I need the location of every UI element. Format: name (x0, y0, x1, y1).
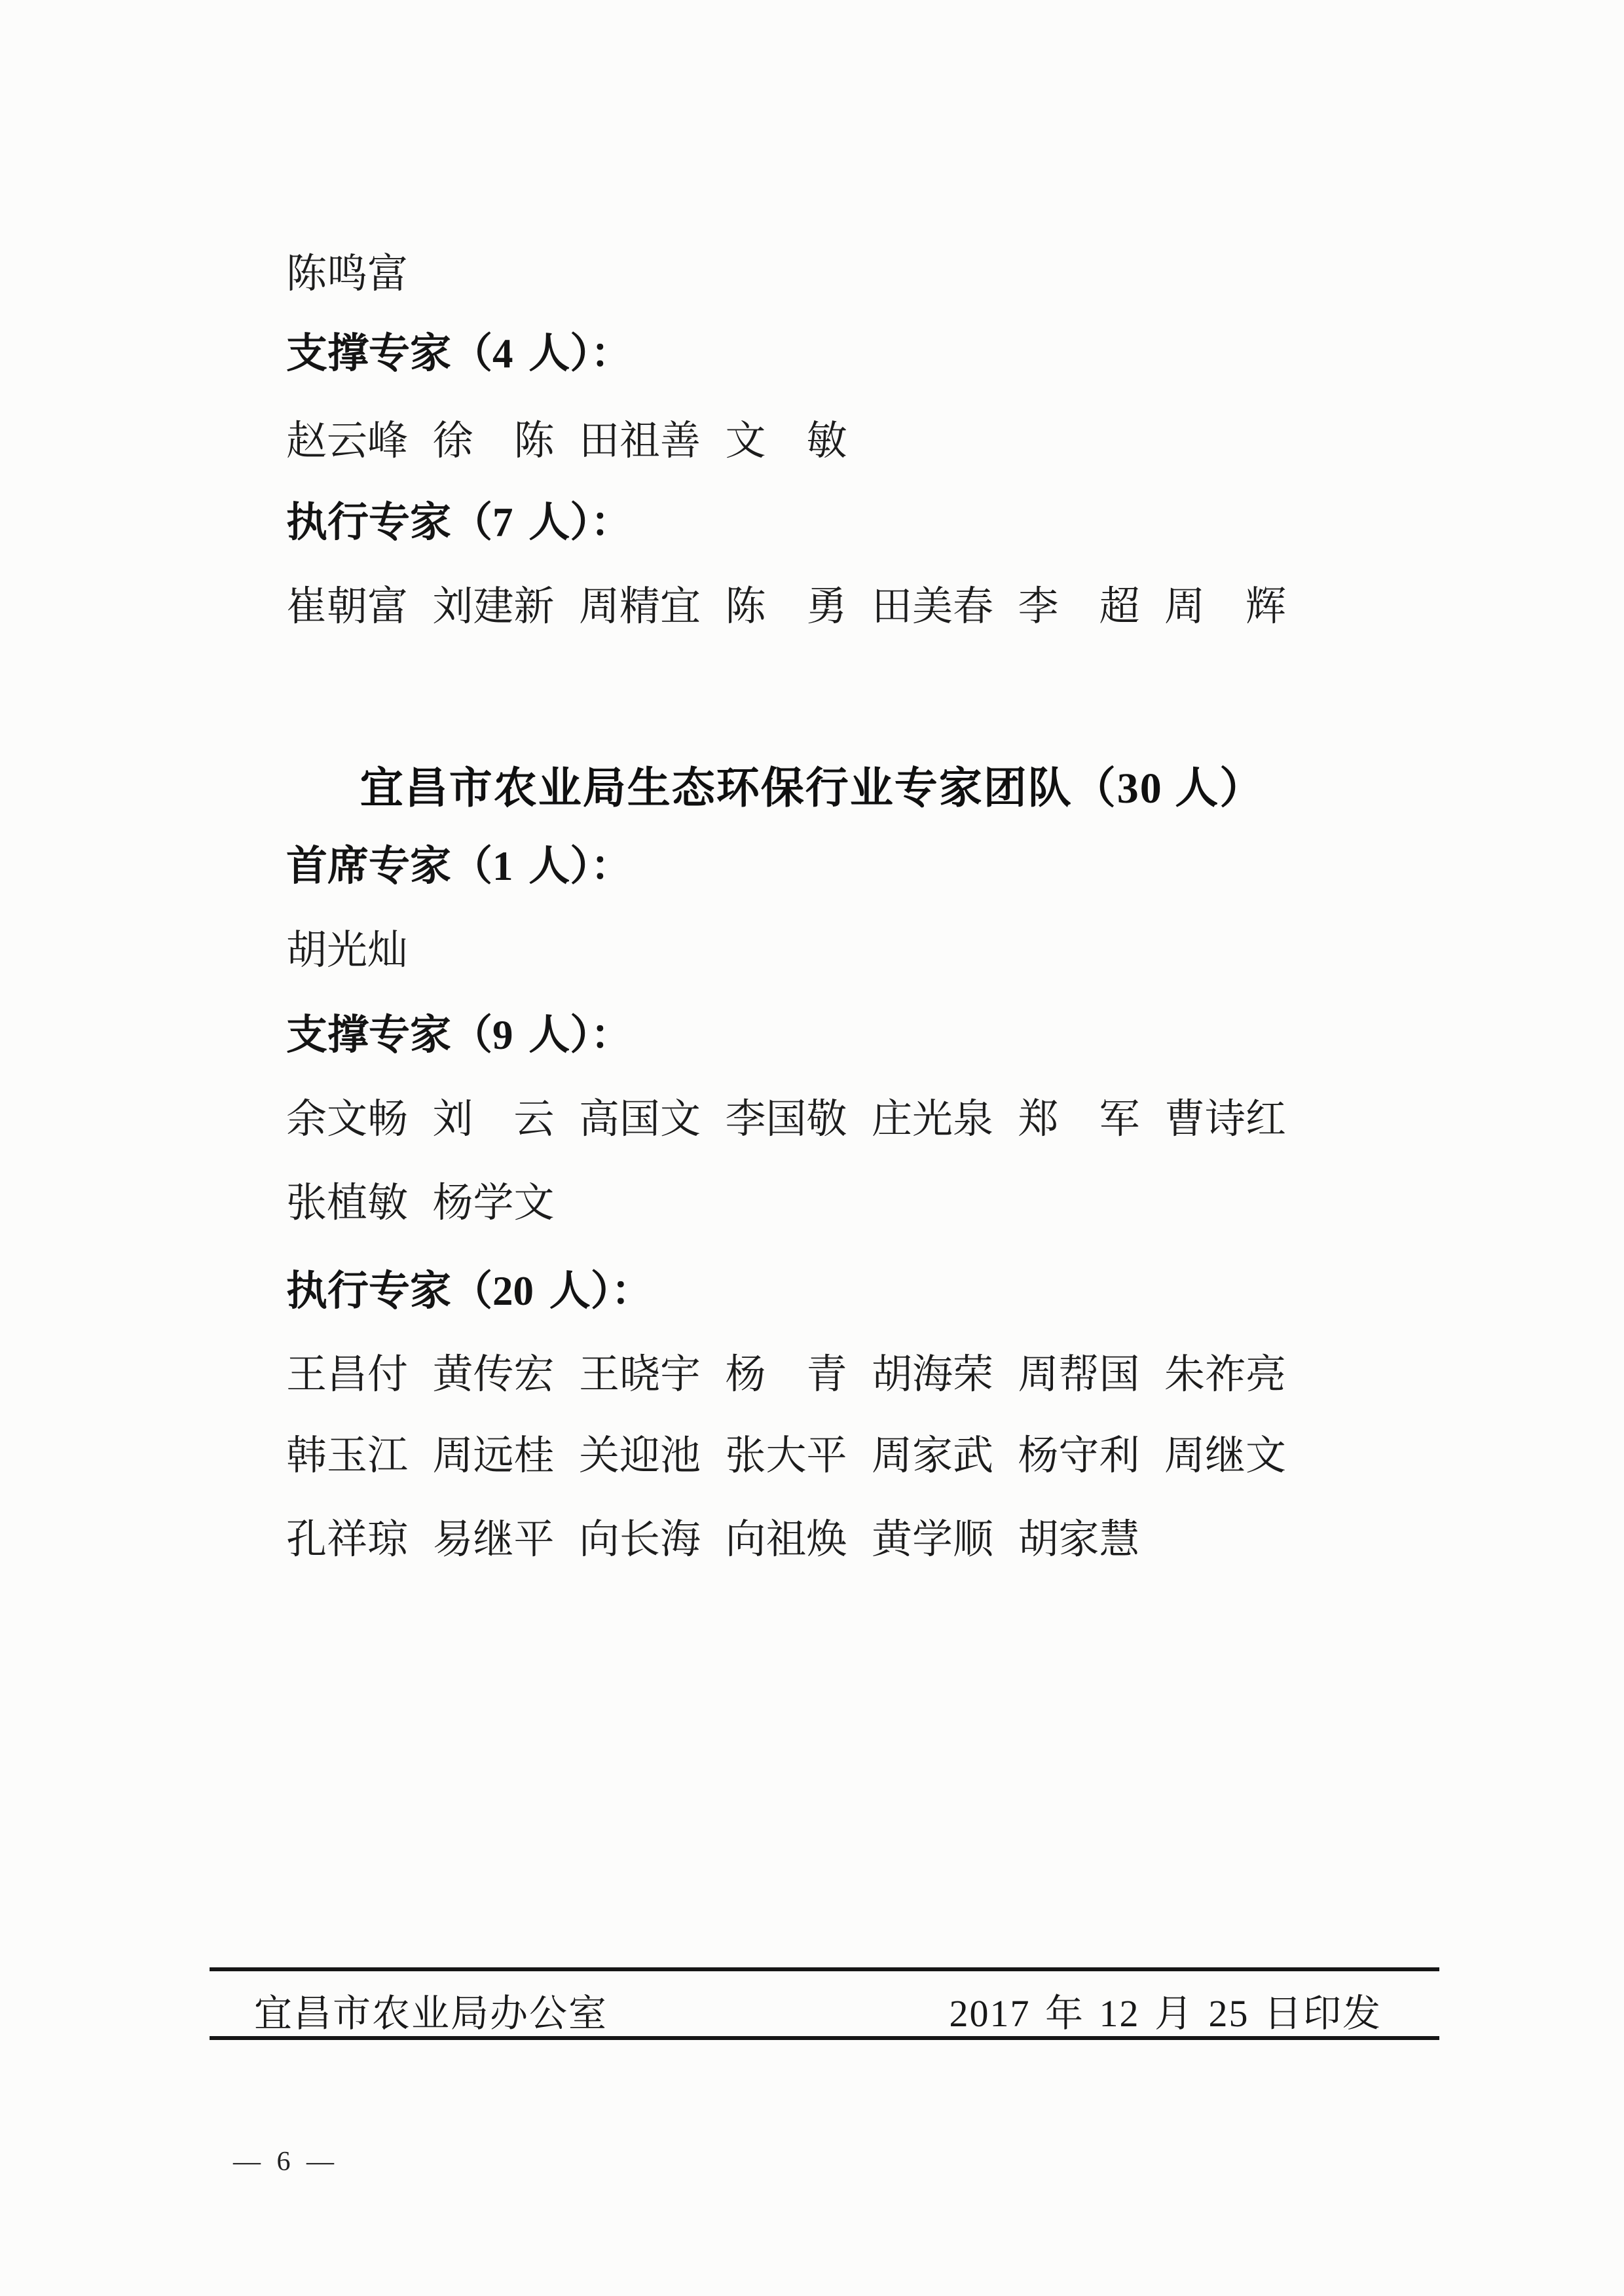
team2-title: 宜昌市农业局生态环保行业专家团队（30 人） (0, 753, 1624, 815)
team1-support-names: 赵云峰 徐 陈 田祖善 文 敏 (286, 419, 847, 464)
team2-exec-names-line3: 孔祥琼 易继平 向长海 向祖焕 黄学顺 胡家慧 (286, 1518, 1140, 1563)
document-page: 陈鸣富 支撑专家（4 人）： 赵云峰 徐 陈 田祖善 文 敏 执行专家（7 人）… (0, 0, 1624, 2296)
footer-rule-bottom (210, 2036, 1439, 2040)
team2-chief-heading: 首席专家（1 人）： (286, 843, 632, 890)
team1-exec-heading: 执行专家（7 人）： (286, 500, 632, 546)
team2-exec-names-line2: 韩玉江 周远桂 关迎池 张大平 周家武 杨守利 周继文 (286, 1434, 1286, 1479)
team1-exec-names: 崔朝富 刘建新 周精宜 陈 勇 田美春 李 超 周 辉 (286, 585, 1286, 630)
team2-support-names-line2: 张植敏 杨学文 (286, 1181, 555, 1226)
team2-exec-names-line1: 王昌付 黄传宏 王晓宇 杨 青 胡海荣 周帮国 朱祚亮 (286, 1353, 1286, 1398)
footer: 宜昌市农业局办公室 2017 年 12 月 25 日印发 (254, 1982, 1382, 2037)
footer-rule-top (210, 1967, 1439, 1971)
team2-exec-heading: 执行专家（20 人）： (286, 1268, 652, 1315)
team2-support-names-line1: 余文畅 刘 云 高国文 李国敬 庄光泉 郑 军 曹诗红 (286, 1097, 1286, 1142)
carryover-name: 陈鸣富 (286, 252, 408, 297)
team2-chief-name: 胡光灿 (286, 928, 408, 974)
team2-support-heading: 支撑专家（9 人）： (286, 1012, 632, 1059)
footer-print-date: 2017 年 12 月 25 日印发 (949, 1982, 1382, 2037)
footer-issuer: 宜昌市农业局办公室 (254, 1982, 608, 2037)
team1-support-heading: 支撑专家（4 人）： (286, 331, 632, 377)
page-number: — 6 — (233, 2146, 339, 2178)
